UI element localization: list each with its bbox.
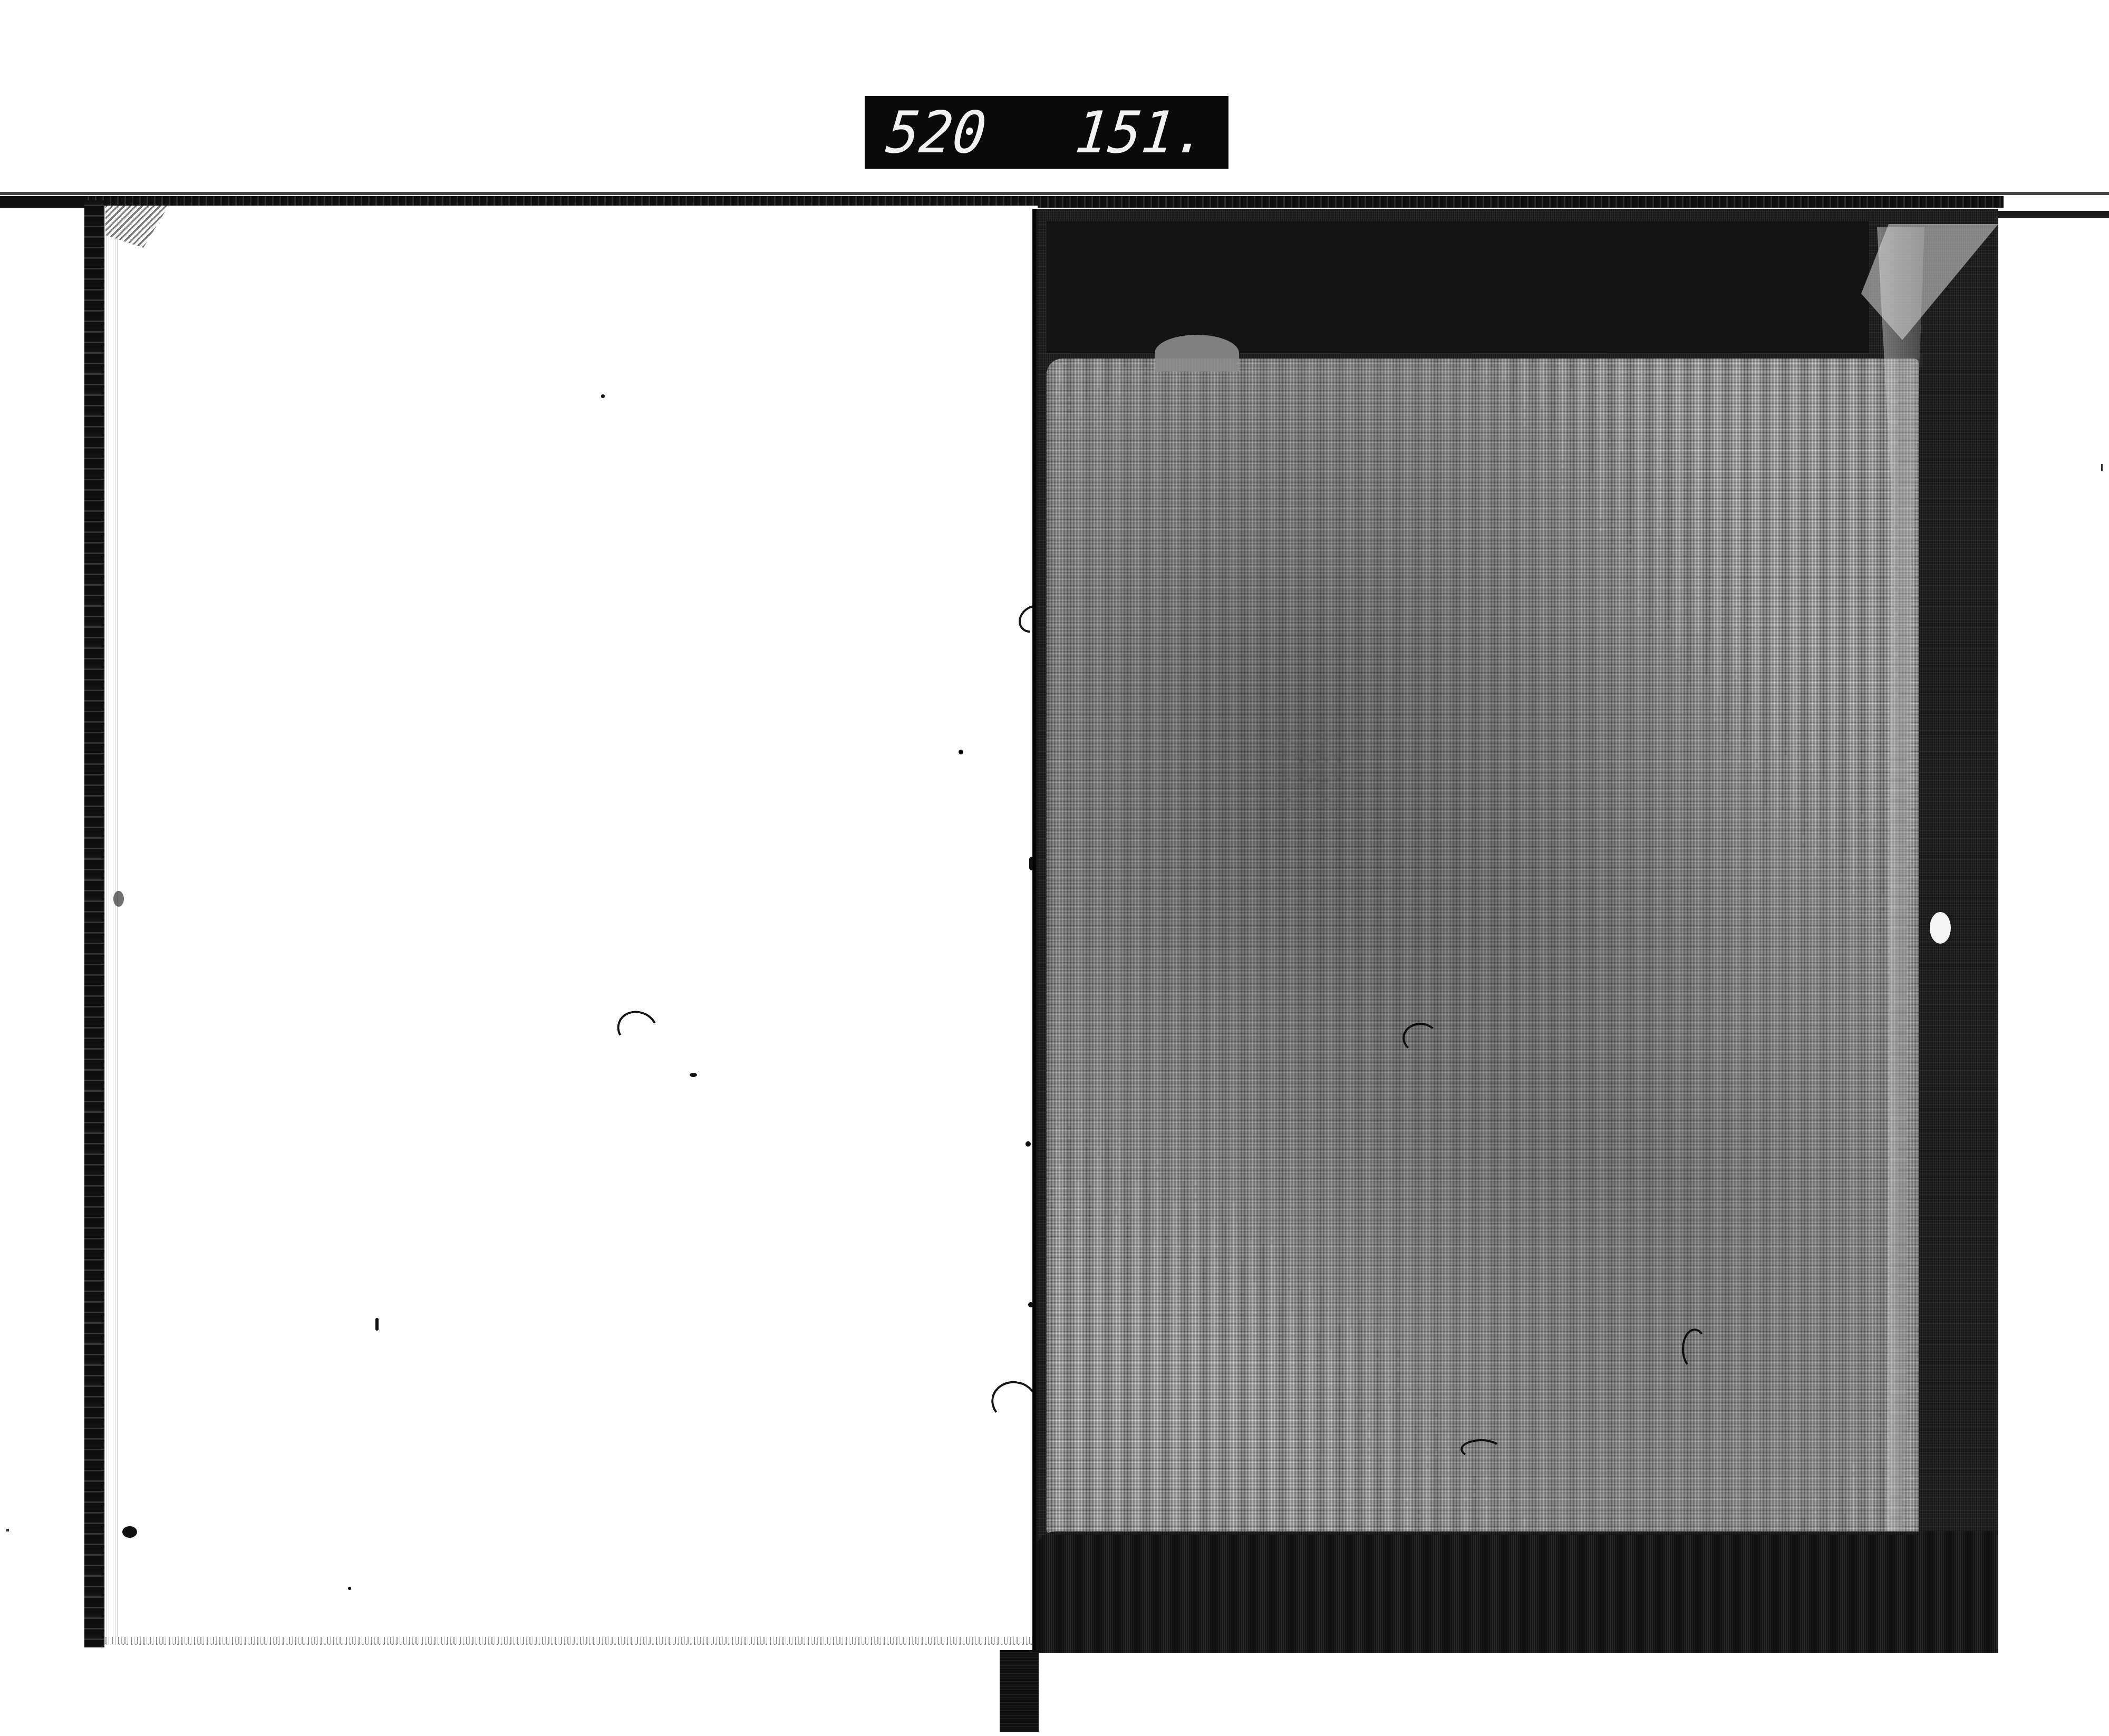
paper-speck (1026, 1141, 1031, 1147)
right-page-damage-spot (1930, 912, 1951, 944)
endpaper-fiber (1682, 1328, 1707, 1370)
paper-speck (690, 1073, 697, 1077)
endpaper-fiber (1402, 1023, 1438, 1053)
left-page-bottom-edge (105, 1637, 1033, 1644)
paper-speck (959, 750, 963, 754)
gutter-shadow-stem (1000, 1650, 1039, 1732)
reel-number-right-text: 151. (1072, 103, 1211, 161)
left-page-spine-edge (84, 200, 104, 1647)
paper-stain (113, 891, 124, 907)
reel-number-left: 520 (887, 105, 986, 160)
microfilm-reel-label: 520 151. (865, 96, 1228, 169)
left-page (84, 206, 1038, 1645)
reel-number-left-text: 520 (884, 103, 989, 161)
right-page-top-border (1047, 221, 1869, 353)
book-gutter (1032, 209, 1037, 1653)
right-page-endpaper (1047, 358, 1919, 1534)
paper-speck (601, 394, 605, 398)
scan-top-rule (0, 192, 2109, 195)
reel-number-right: 151. (1076, 105, 1207, 160)
right-page-bottom-border (1034, 1531, 1998, 1653)
scan-mark (6, 1529, 9, 1531)
paper-speck (348, 1587, 351, 1590)
left-page-edge-shadow (104, 206, 119, 1645)
endpaper-top-tear (1155, 335, 1239, 372)
scan-mark (2101, 464, 2103, 471)
scan-top-rule-right (1998, 211, 2109, 218)
endpaper-fiber (1460, 1439, 1502, 1459)
paper-stain (122, 1526, 137, 1538)
paper-speck (375, 1318, 379, 1331)
